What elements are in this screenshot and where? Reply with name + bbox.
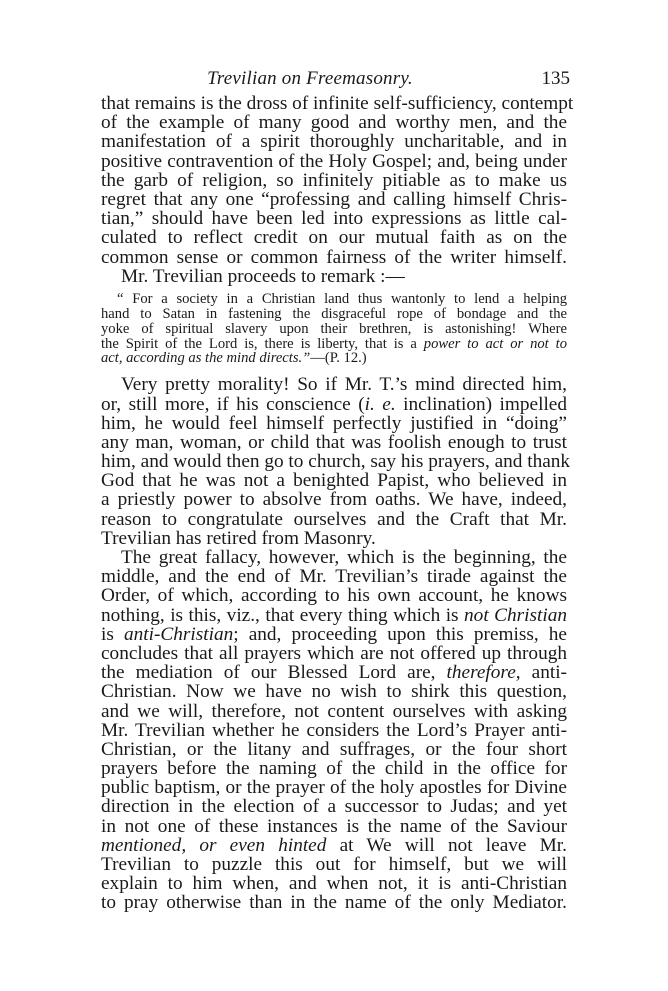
text-line: Christian. Now we have no wish to shirk …: [101, 682, 567, 701]
text-line: Very pretty morality! So if Mr. T.’s min…: [101, 375, 567, 394]
page-number: 135: [542, 68, 571, 90]
text-line: mentioned, or even hinted at We will not…: [101, 836, 567, 855]
quote-emphasis: act, according as the mind directs.”: [101, 350, 310, 366]
text-line: him, and would then go to church, say hi…: [101, 452, 567, 471]
text-line: is anti-Christian; and, proceeding upon …: [101, 625, 567, 644]
paragraph-3: Very pretty morality! So if Mr. T.’s min…: [101, 375, 567, 548]
text-emphasis: i. e.: [365, 394, 396, 415]
text-line: and we will, therefore, not content ours…: [101, 702, 567, 721]
text-line: or, still more, if his conscience (i. e.…: [101, 395, 567, 414]
text-line: tian,” should have been led into express…: [101, 209, 567, 228]
text-emphasis: not Christian: [464, 605, 567, 626]
quote-line: “ For a society in a Christian land thus…: [101, 292, 567, 307]
text-line: the garb of religion, so infinitely piti…: [101, 171, 567, 190]
text-line: middle, and the end of Mr. Trevilian’s t…: [101, 567, 567, 586]
text-line: him, he would feel himself perfectly jus…: [101, 414, 567, 433]
quote-citation: —(P. 12.): [310, 350, 366, 366]
text-line: Trevilian has retired from Masonry.: [101, 529, 567, 548]
text-line: direction in the election of a successor…: [101, 797, 567, 816]
text-line: prayers before the naming of the child i…: [101, 759, 567, 778]
text-line: in not one of these instances is the nam…: [101, 817, 567, 836]
quote-line: yoke of spiritual slavery upon their bre…: [101, 322, 567, 337]
paragraph-1: that remains is the dross of infinite se…: [101, 94, 567, 267]
text-run: at We will not leave Mr.: [326, 835, 567, 856]
text-run: the mediation of our Blessed Lord are,: [101, 662, 447, 683]
text-emphasis: mentioned, or even hinted: [101, 835, 326, 856]
text-line: the mediation of our Blessed Lord are, t…: [101, 663, 567, 682]
paragraph-4: The great fallacy, however, which is the…: [101, 548, 567, 913]
block-quote: “ For a society in a Christian land thus…: [101, 292, 567, 366]
text-line: God that he was not a benighted Papist, …: [101, 471, 567, 490]
text-run: inclination) impelled: [396, 394, 567, 415]
quote-line: hand to Satan in fastening the disgracef…: [101, 307, 567, 322]
text-line: The great fallacy, however, which is the…: [101, 548, 567, 567]
text-line: a priestly power to absolve from oaths. …: [101, 490, 567, 509]
paragraph-2: Mr. Trevilian proceeds to remark :—: [101, 267, 567, 286]
text-line: Mr. Trevilian proceeds to remark :—: [101, 267, 567, 286]
text-line: reason to congratulate ourselves and the…: [101, 510, 567, 529]
quote-line: act, according as the mind directs.”—(P.…: [101, 351, 567, 366]
text-emphasis: anti-Christian: [124, 624, 233, 645]
text-line: explain to him when, and when not, it is…: [101, 874, 567, 893]
text-line: concludes that all prayers which are not…: [101, 644, 567, 663]
book-page: Trevilian on Freemasonry. 135 that remai…: [0, 0, 668, 991]
text-line: culated to reflect credit on our mutual …: [101, 228, 567, 247]
text-line: regret that any one “professing and call…: [101, 190, 567, 209]
quote-text: the Spirit of the Lord is, there is libe…: [101, 336, 424, 352]
text-line: public baptism, or the prayer of the hol…: [101, 778, 567, 797]
text-line: of the example of many good and worthy m…: [101, 113, 567, 132]
text-run: , anti-: [516, 662, 567, 683]
text-run: is: [101, 624, 124, 645]
text-line: that remains is the dross of infinite se…: [101, 94, 567, 113]
text-run: nothing, is this, viz., that every thing…: [101, 605, 464, 626]
running-title: Trevilian on Freemasonry.: [160, 68, 460, 90]
quote-emphasis: power to act or not to: [424, 336, 567, 352]
text-line: Order, of which, according to his own ac…: [101, 586, 567, 605]
text-line: Mr. Trevilian whether he considers the L…: [101, 721, 567, 740]
text-line: common sense or common fairness of the w…: [101, 248, 567, 267]
quote-line: the Spirit of the Lord is, there is libe…: [101, 337, 567, 352]
text-line: nothing, is this, viz., that every thing…: [101, 606, 567, 625]
text-run: or, still more, if his conscience (: [101, 394, 365, 415]
text-line: manifestation of a spirit thoroughly unc…: [101, 132, 567, 151]
text-line: Trevilian to puzzle this out for himself…: [101, 855, 567, 874]
text-emphasis: therefore: [447, 662, 516, 683]
text-line: Christian, or the litany and suffrages, …: [101, 740, 567, 759]
page-header: Trevilian on Freemasonry. 135: [100, 68, 570, 92]
text-run: ; and, proceeding upon this premiss, he: [233, 624, 567, 645]
text-line: to pray otherwise than in the name of th…: [101, 893, 567, 912]
text-line: positive contravention of the Holy Gospe…: [101, 152, 567, 171]
page-body: that remains is the dross of infinite se…: [101, 94, 567, 913]
text-line: any man, woman, or child that was foolis…: [101, 433, 567, 452]
